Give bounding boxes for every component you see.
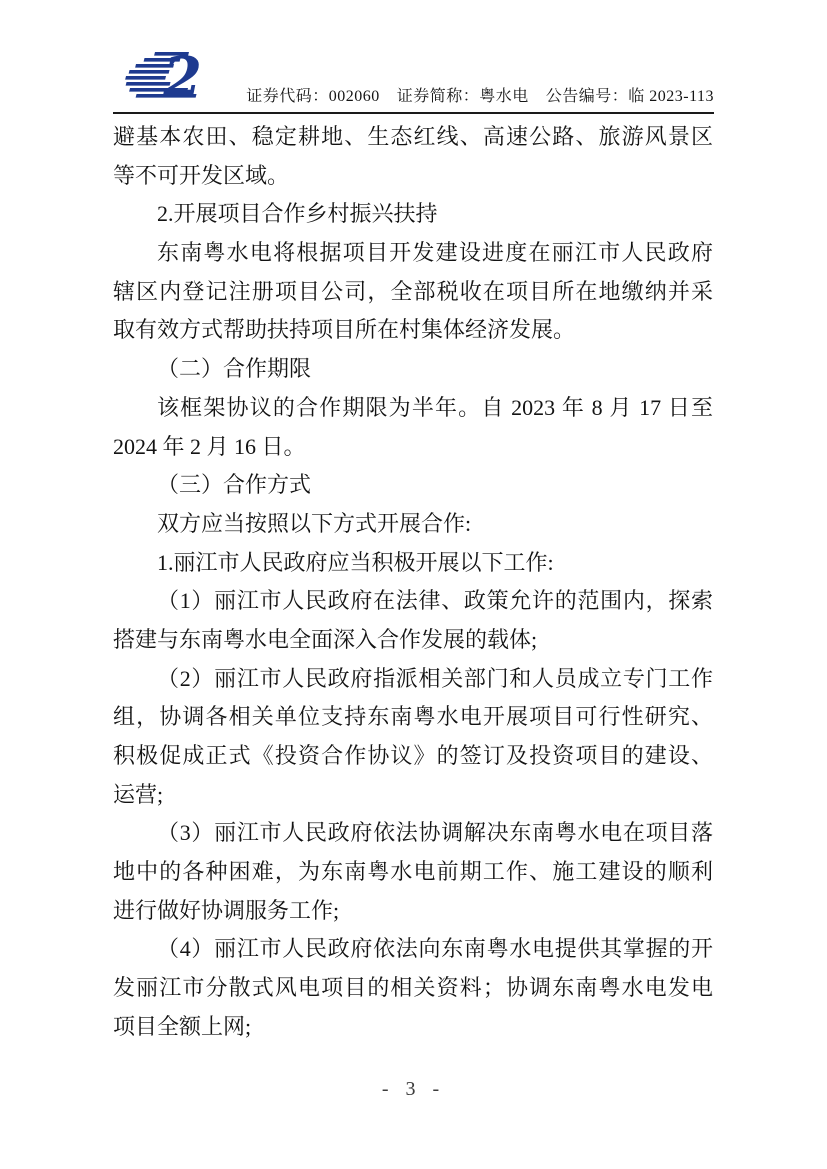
text-line: 发丽江市分散式风电项目的相关资料；协调东南粤水电发电 bbox=[113, 969, 713, 1008]
text-line: （3）丽江市人民政府依法协调解决东南粤水电在项目落 bbox=[113, 814, 713, 853]
text-line: 项目全额上网; bbox=[113, 1008, 713, 1047]
text-line: 进行做好协调服务工作; bbox=[113, 892, 713, 931]
text-line: 组，协调各相关单位支持东南粤水电开展项目可行性研究、 bbox=[113, 698, 713, 737]
header-divider bbox=[113, 112, 714, 114]
text-line: 辖区内登记注册项目公司，全部税收在项目所在地缴纳并采 bbox=[113, 273, 713, 312]
text-line: 等不可开发区域。 bbox=[113, 157, 713, 196]
document-body: 避基本农田、稳定耕地、生态红线、高速公路、旅游风景区等不可开发区域。2.开展项目… bbox=[113, 118, 713, 1047]
page-header: 2 证券代码：002060 证券简称：粤水电 公告编号：临 2023-113 bbox=[113, 42, 714, 112]
text-line: 该框架协议的合作期限为半年。自 2023 年 8 月 17 日至 bbox=[113, 389, 713, 428]
text-line: 避基本农田、稳定耕地、生态红线、高速公路、旅游风景区 bbox=[113, 118, 713, 157]
text-line: 搭建与东南粤水电全面深入合作发展的载体; bbox=[113, 621, 713, 660]
text-line: 2.开展项目合作乡村振兴扶持 bbox=[113, 195, 713, 234]
text-line: 2024 年 2 月 16 日。 bbox=[113, 428, 713, 467]
svg-text:2: 2 bbox=[162, 45, 202, 108]
document-page: 2 证券代码：002060 证券简称：粤水电 公告编号：临 2023-113 避… bbox=[0, 0, 827, 1169]
company-logo: 2 bbox=[115, 44, 221, 108]
company-logo-icon: 2 bbox=[115, 44, 221, 108]
page-number: - 3 - bbox=[382, 1078, 445, 1100]
stock-code: 证券代码：002060 bbox=[246, 83, 380, 106]
text-line: 地中的各种困难，为东南粤水电前期工作、施工建设的顺利 bbox=[113, 853, 713, 892]
text-line: （三）合作方式 bbox=[113, 466, 713, 505]
announcement-number: 公告编号：临 2023-113 bbox=[546, 83, 714, 106]
text-line: （二）合作期限 bbox=[113, 350, 713, 389]
text-line: 1.丽江市人民政府应当积极开展以下工作: bbox=[113, 544, 713, 583]
text-line: 积极促成正式《投资合作协议》的签订及投资项目的建设、 bbox=[113, 737, 713, 776]
text-line: 东南粤水电将根据项目开发建设进度在丽江市人民政府 bbox=[113, 234, 713, 273]
text-line: 双方应当按照以下方式开展合作: bbox=[113, 505, 713, 544]
text-line: （2）丽江市人民政府指派相关部门和人员成立专门工作 bbox=[113, 660, 713, 699]
securities-info-line: 证券代码：002060 证券简称：粤水电 公告编号：临 2023-113 bbox=[246, 83, 714, 106]
text-line: 运营; bbox=[113, 776, 713, 815]
page-footer: - 3 - bbox=[0, 1078, 827, 1101]
stock-name: 证券简称：粤水电 bbox=[397, 83, 529, 106]
text-line: 取有效方式帮助扶持项目所在村集体经济发展。 bbox=[113, 311, 713, 350]
text-line: （4）丽江市人民政府依法向东南粤水电提供其掌握的开 bbox=[113, 930, 713, 969]
text-line: （1）丽江市人民政府在法律、政策允许的范围内，探索 bbox=[113, 582, 713, 621]
